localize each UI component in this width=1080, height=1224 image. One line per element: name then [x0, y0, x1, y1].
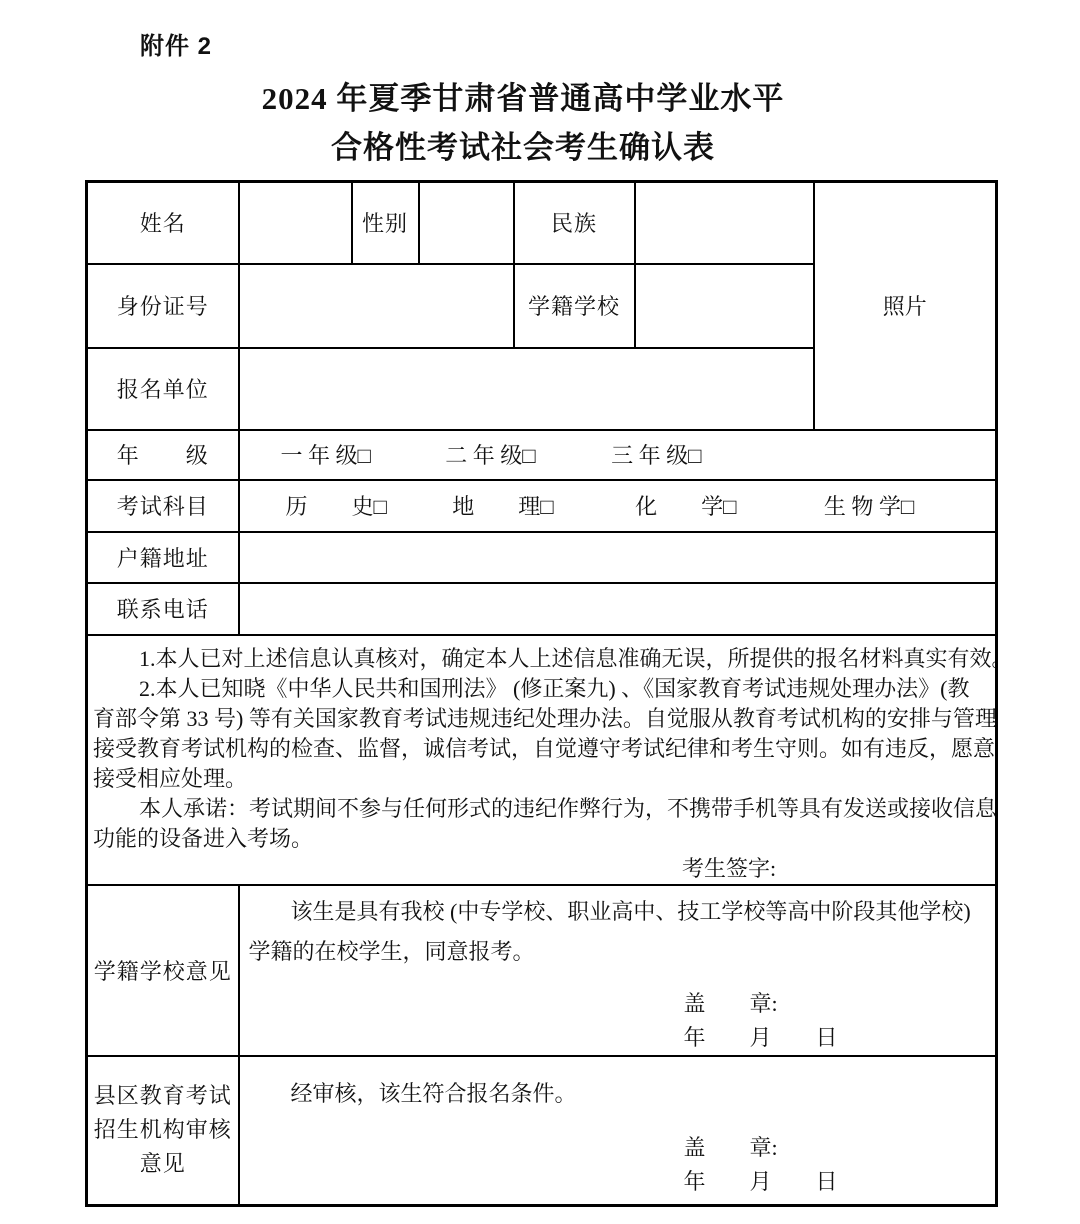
declaration-line: 1.本人已对上述信息认真核对，确定本人上述信息准确无误，所提供的报名材料真实有效… — [93, 644, 990, 674]
school-opinion-label: 学籍学校意见 — [87, 885, 239, 1056]
declaration-line: 功能的设备进入考场。 — [93, 824, 990, 854]
form-title: 2024 年夏季甘肃省普通高中学业水平 合格性考试社会考生确认表 — [0, 74, 1046, 172]
address-field[interactable] — [239, 532, 997, 583]
declaration-line: 接受相应处理。 — [93, 764, 990, 794]
grade-label: 年 级 — [87, 430, 239, 480]
confirmation-table: 姓名 性别 民族 照片 身份证号 学籍学校 报名单位 年 级 一 年 级□ 二 … — [85, 180, 998, 1207]
exam-subjects-label: 考试科目 — [87, 480, 239, 532]
phone-label: 联系电话 — [87, 583, 239, 635]
county-opinion-label-line: 意见 — [88, 1147, 238, 1181]
county-opinion-cell: 经审核，该生符合报名条件。 盖 章: 年 月 日 — [239, 1056, 997, 1206]
declaration-line: 接受教育考试机构的检查、监督，诚信考试，自觉遵守考试纪律和考生守则。如有违反，愿… — [93, 734, 990, 764]
registration-unit-field[interactable] — [239, 348, 814, 430]
grade-option-3-checkbox[interactable]: 三 年 级□ — [611, 439, 701, 470]
school-opinion-text: 学籍的在校学生，同意报考。 — [249, 932, 988, 972]
grade-options: 一 年 级□ 二 年 级□ 三 年 级□ — [239, 430, 997, 480]
subject-history-checkbox[interactable]: 历 史□ — [286, 490, 387, 521]
school-opinion-cell: 该生是具有我校 (中专学校、职业高中、技工学校等高中阶段其他学校) 学籍的在校学… — [239, 885, 997, 1056]
grade-option-2-checkbox[interactable]: 二 年 级□ — [445, 439, 535, 470]
school-date-label: 年 月 日 — [684, 1021, 988, 1055]
registration-unit-label: 报名单位 — [87, 348, 239, 430]
subject-options: 历 史□ 地 理□ 化 学□ 生 物 学□ — [239, 480, 997, 532]
attachment-label: 附件 2 — [140, 26, 212, 61]
grade-option-1-checkbox[interactable]: 一 年 级□ — [281, 439, 371, 470]
school-opinion-text: 该生是具有我校 (中专学校、职业高中、技工学校等高中阶段其他学校) — [249, 892, 988, 932]
school-stamp-label: 盖 章: — [684, 987, 988, 1021]
subject-biology-checkbox[interactable]: 生 物 学□ — [824, 490, 914, 521]
gender-field[interactable] — [419, 182, 514, 264]
id-number-field[interactable] — [239, 264, 514, 348]
subject-geography-checkbox[interactable]: 地 理□ — [452, 490, 553, 521]
form-title-line1: 2024 年夏季甘肃省普通高中学业水平 — [0, 74, 1046, 123]
form-title-line2: 合格性考试社会考生确认表 — [0, 123, 1046, 172]
ethnicity-label: 民族 — [514, 182, 635, 264]
ethnicity-field[interactable] — [635, 182, 814, 264]
photo-box: 照片 — [814, 182, 997, 430]
name-field[interactable] — [239, 182, 352, 264]
declaration-line: 育部令第 33 号) 等有关国家教育考试违规违纪处理办法。自觉服从教育考试机构的… — [93, 704, 990, 734]
name-label: 姓名 — [87, 182, 239, 264]
id-number-label: 身份证号 — [87, 264, 239, 348]
county-opinion-label-line: 县区教育考试 — [88, 1079, 238, 1113]
declaration-line: 2.本人已知晓《中华人民共和国刑法》 (修正案九) 、《国家教育考试违规处理办法… — [93, 674, 990, 704]
candidate-signature-label: 考生签字: — [682, 854, 990, 884]
gender-label: 性别 — [352, 182, 419, 264]
county-stamp-label: 盖 章: — [684, 1131, 988, 1165]
county-opinion-label-line: 招生机构审核 — [88, 1113, 238, 1147]
declaration-line: 本人承诺：考试期间不参与任何形式的违纪作弊行为，不携带手机等具有发送或接收信息 — [93, 794, 990, 824]
county-date-label: 年 月 日 — [684, 1165, 988, 1199]
declaration-cell: 1.本人已对上述信息认真核对，确定本人上述信息准确无误，所提供的报名材料真实有效… — [87, 635, 997, 885]
county-opinion-text: 经审核，该生符合报名条件。 — [249, 1075, 988, 1113]
subject-chemistry-checkbox[interactable]: 化 学□ — [635, 490, 736, 521]
phone-field[interactable] — [239, 583, 997, 635]
photo-label: 照片 — [883, 294, 927, 319]
county-opinion-label: 县区教育考试 招生机构审核 意见 — [87, 1056, 239, 1206]
school-field[interactable] — [635, 264, 814, 348]
address-label: 户籍地址 — [87, 532, 239, 583]
school-label: 学籍学校 — [514, 264, 635, 348]
